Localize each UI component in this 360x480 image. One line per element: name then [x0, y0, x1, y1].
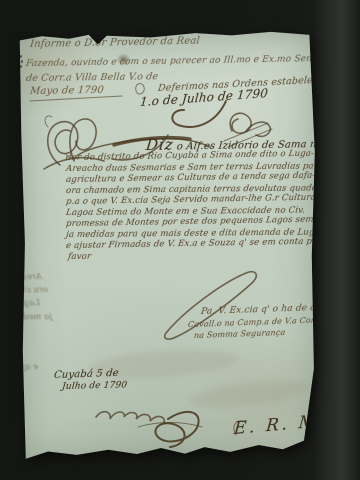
footer-date: Julho de 1790 — [61, 380, 127, 392]
closing-line-1: Pa. V. Ex.cia q' o ha de atender — [200, 302, 347, 317]
header-line-2: Fazenda, ouvindo e com o seu parecer ao … — [25, 54, 328, 69]
bleedthrough-line: e ajustar Firmadas de V. Ex.a e Souza q'… — [0, 361, 38, 376]
bleedthrough-line: Lagoa Setima do Monte em e Sua Exaccidad… — [0, 297, 40, 311]
header-date: Mayo de 1790 — [29, 85, 104, 97]
closing-line-2: Cavall.o na Camp.a de V.a Comp.a — [188, 315, 332, 329]
paper-stain — [187, 376, 309, 412]
ink-speck — [20, 55, 22, 58]
manuscript-page: Areacho duas Sesmarias e Sam ter terras … — [18, 31, 319, 464]
signature-rubric — [96, 412, 202, 447]
ink-speck — [21, 60, 23, 63]
photo-background: Areacho duas Sesmarias e Sam ter terras … — [0, 0, 360, 480]
erm-closing: E. R. M. — [233, 411, 328, 439]
manuscript: Areacho duas Sesmarias e Sam ter terras … — [0, 0, 360, 480]
bleedthrough-line: ja medidas para que mais deste e dita de… — [0, 311, 52, 325]
header-line-1: Informe o D.or Provedor da Real — [29, 35, 200, 50]
footer-place: Cuyabá 5 de — [53, 368, 119, 381]
ink-speck — [20, 65, 22, 68]
body-line: favor — [67, 252, 91, 262]
header-line-3: de Corr.a Villa Bella V.o de — [25, 71, 158, 84]
closing-line-3: na Somma Segurança — [194, 328, 286, 340]
